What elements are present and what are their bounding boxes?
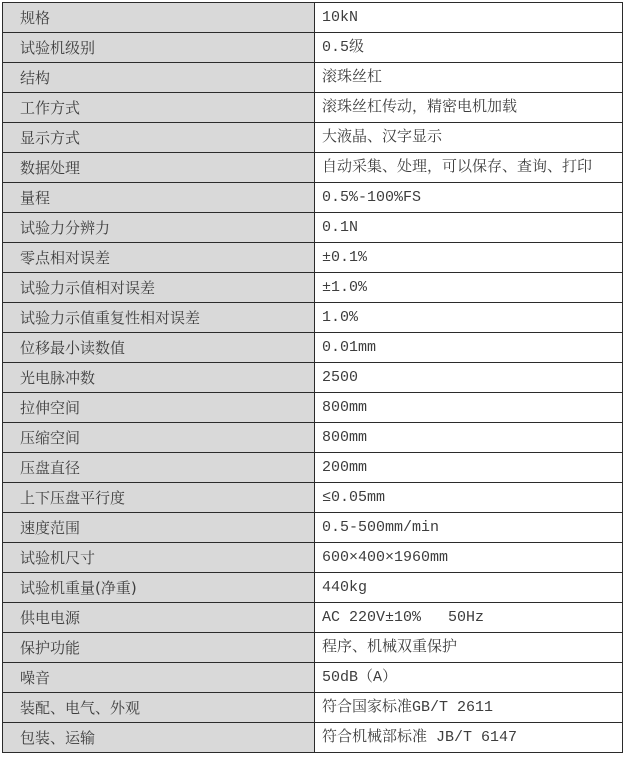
spec-value-cell: 50dB（A） [315,663,623,693]
spec-value-cell: 0.5级 [315,33,623,63]
spec-row: 试验机尺寸 600×400×1960mm [3,543,623,573]
spec-value-cell: 800mm [315,393,623,423]
spec-value-cell: 符合国家标准GB/T 2611 [315,693,623,723]
spec-row: 压盘直径 200mm [3,453,623,483]
spec-label-cell: 试验机尺寸 [3,543,315,573]
spec-value-cell: 0.5%-100%FS [315,183,623,213]
spec-value-cell: 自动采集、处理，可以保存、查询、打印 [315,153,623,183]
spec-label-cell: 光电脉冲数 [3,363,315,393]
spec-value-cell: 1.0% [315,303,623,333]
spec-value-cell: AC 220V±10% 50Hz [315,603,623,633]
spec-value-cell: 2500 [315,363,623,393]
spec-sheet: 规格 10kN 试验机级别 0.5级 结构 滚珠丝杠 工作方式 滚珠丝杠传动，精… [0,0,630,759]
spec-value-cell: 滚珠丝杠传动，精密电机加载 [315,93,623,123]
spec-row: 数据处理 自动采集、处理，可以保存、查询、打印 [3,153,623,183]
spec-row: 上下压盘平行度 ≤0.05mm [3,483,623,513]
spec-row: 压缩空间 800mm [3,423,623,453]
spec-table: 规格 10kN 试验机级别 0.5级 结构 滚珠丝杠 工作方式 滚珠丝杠传动，精… [2,2,623,753]
spec-row: 试验力示值重复性相对误差 1.0% [3,303,623,333]
spec-row: 保护功能 程序、机械双重保护 [3,633,623,663]
spec-row: 量程 0.5%-100%FS [3,183,623,213]
spec-label-cell: 保护功能 [3,633,315,663]
spec-row: 速度范围 0.5-500mm/min [3,513,623,543]
spec-row: 试验力示值相对误差 ±1.0% [3,273,623,303]
spec-row: 结构 滚珠丝杠 [3,63,623,93]
spec-value-cell: 滚珠丝杠 [315,63,623,93]
spec-label-cell: 位移最小读数值 [3,333,315,363]
spec-row: 拉伸空间 800mm [3,393,623,423]
spec-label-cell: 压缩空间 [3,423,315,453]
spec-value-cell: ±1.0% [315,273,623,303]
spec-value-cell: 0.5-500mm/min [315,513,623,543]
spec-label-cell: 显示方式 [3,123,315,153]
spec-value-cell: 600×400×1960mm [315,543,623,573]
spec-row: 试验力分辨力 0.1N [3,213,623,243]
spec-label-cell: 试验力分辨力 [3,213,315,243]
spec-row: 试验机重量(净重) 440kg [3,573,623,603]
spec-value-cell: 440kg [315,573,623,603]
spec-value-cell: ±0.1% [315,243,623,273]
spec-label-cell: 工作方式 [3,93,315,123]
spec-row: 装配、电气、外观 符合国家标准GB/T 2611 [3,693,623,723]
spec-label-cell: 压盘直径 [3,453,315,483]
spec-label-cell: 规格 [3,3,315,33]
spec-label-cell: 装配、电气、外观 [3,693,315,723]
spec-label-cell: 结构 [3,63,315,93]
spec-value-cell: 200mm [315,453,623,483]
spec-label-cell: 试验力示值重复性相对误差 [3,303,315,333]
spec-value-cell: 800mm [315,423,623,453]
spec-label-cell: 试验机重量(净重) [3,573,315,603]
spec-value-cell: 程序、机械双重保护 [315,633,623,663]
spec-row: 工作方式 滚珠丝杠传动，精密电机加载 [3,93,623,123]
spec-value-cell: 0.01mm [315,333,623,363]
spec-label-cell: 包装、运输 [3,723,315,753]
spec-row: 位移最小读数值 0.01mm [3,333,623,363]
spec-value-cell: 大液晶、汉字显示 [315,123,623,153]
spec-row: 试验机级别 0.5级 [3,33,623,63]
spec-row: 噪音 50dB（A） [3,663,623,693]
spec-label-cell: 量程 [3,183,315,213]
spec-label-cell: 试验力示值相对误差 [3,273,315,303]
spec-label-cell: 零点相对误差 [3,243,315,273]
spec-table-body: 规格 10kN 试验机级别 0.5级 结构 滚珠丝杠 工作方式 滚珠丝杠传动，精… [3,3,623,753]
spec-label-cell: 上下压盘平行度 [3,483,315,513]
spec-label-cell: 拉伸空间 [3,393,315,423]
spec-value-cell: 0.1N [315,213,623,243]
spec-row: 零点相对误差 ±0.1% [3,243,623,273]
spec-label-cell: 供电电源 [3,603,315,633]
spec-label-cell: 试验机级别 [3,33,315,63]
spec-value-cell: 10kN [315,3,623,33]
spec-row: 包装、运输 符合机械部标准 JB/T 6147 [3,723,623,753]
spec-label-cell: 速度范围 [3,513,315,543]
spec-value-cell: 符合机械部标准 JB/T 6147 [315,723,623,753]
spec-row: 供电电源 AC 220V±10% 50Hz [3,603,623,633]
spec-label-cell: 噪音 [3,663,315,693]
spec-value-cell: ≤0.05mm [315,483,623,513]
spec-row: 显示方式 大液晶、汉字显示 [3,123,623,153]
spec-row: 光电脉冲数 2500 [3,363,623,393]
spec-label-cell: 数据处理 [3,153,315,183]
spec-row: 规格 10kN [3,3,623,33]
